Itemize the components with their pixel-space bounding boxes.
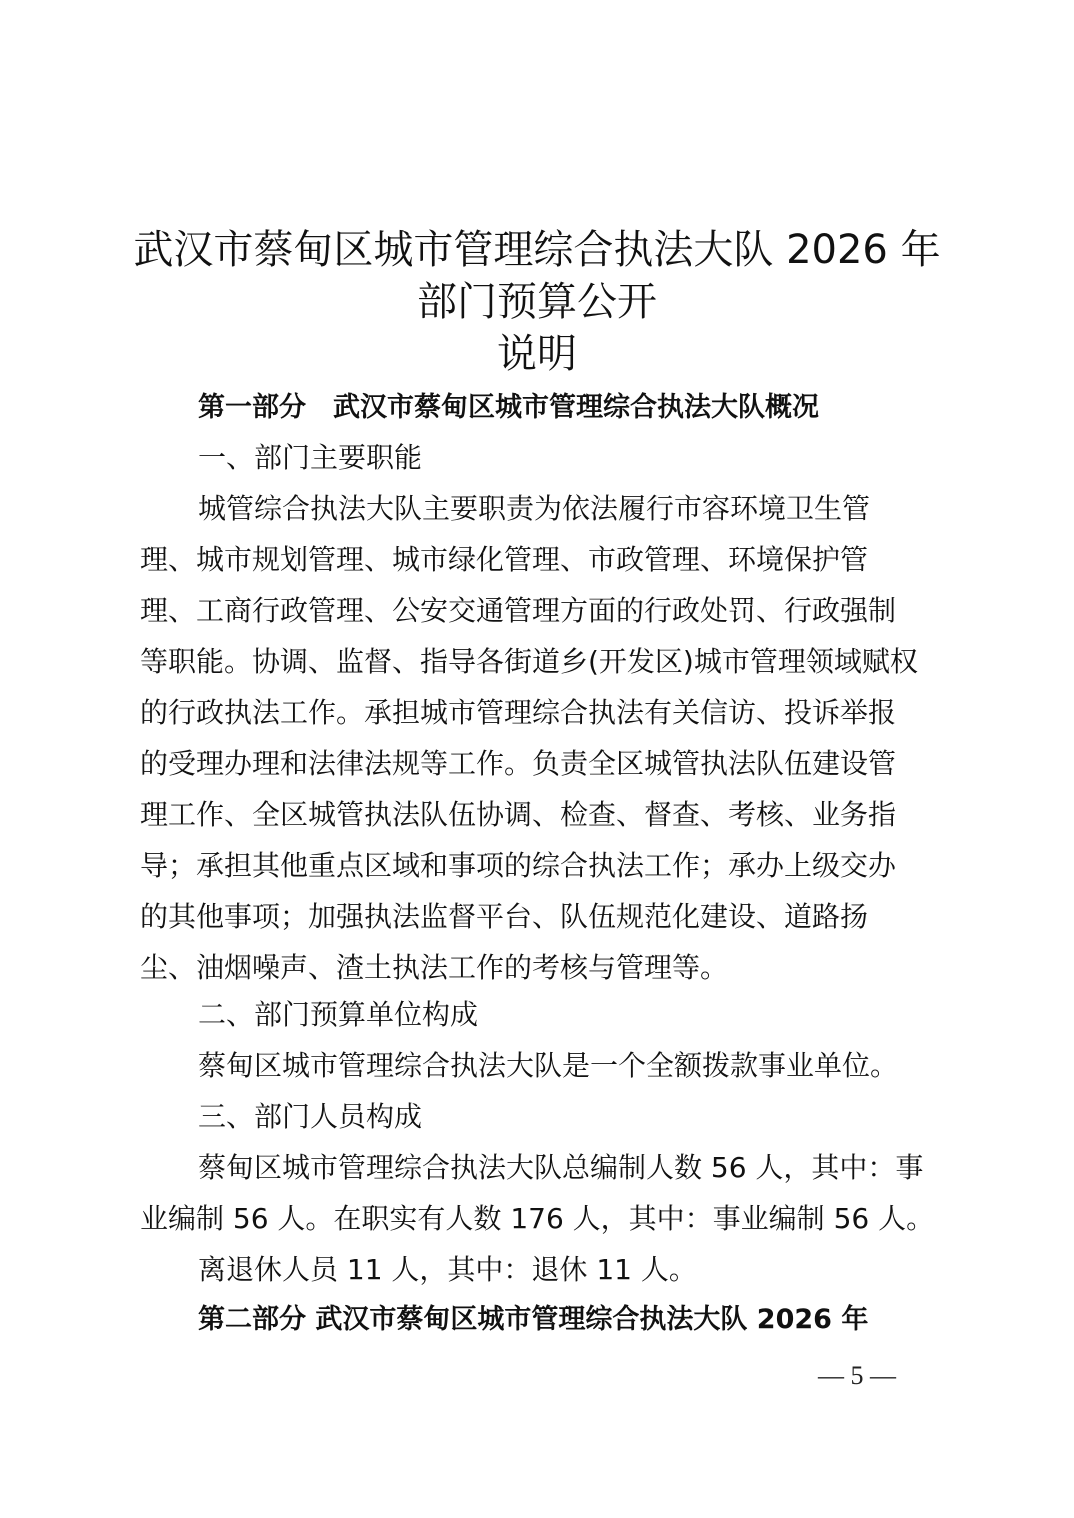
part-two-heading: 第二部分 武汉市蔡甸区城市管理综合执法大队 2026 年 [198, 1302, 868, 1338]
paragraph-line: 等职能。协调、监督、指导各街道乡(开发区)城市管理领域赋权 [140, 644, 918, 680]
paragraph-line: 尘、油烟噪声、渣土执法工作的考核与管理等。 [140, 950, 728, 986]
paragraph-line: 离退休人员 11 人，其中：退休 11 人。 [198, 1252, 697, 1288]
document-title-line-2: 部门预算公开 [0, 278, 1074, 326]
section-heading-budget-units: 二、部门预算单位构成 [198, 997, 478, 1033]
paragraph-line: 的受理办理和法律法规等工作。负责全区城管执法队伍建设管 [140, 746, 896, 782]
section-heading-staff: 三、部门人员构成 [198, 1099, 422, 1135]
section-heading-functions: 一、部门主要职能 [198, 440, 422, 476]
paragraph-line: 理工作、全区城管执法队伍协调、检查、督查、考核、业务指 [140, 797, 896, 833]
part-one-heading: 第一部分 武汉市蔡甸区城市管理综合执法大队概况 [198, 390, 819, 426]
paragraph-line: 城管综合执法大队主要职责为依法履行市容环境卫生管 [198, 491, 870, 527]
paragraph-line: 理、工商行政管理、公安交通管理方面的行政处罚、行政强制 [140, 593, 896, 629]
paragraph-line: 的其他事项；加强执法监督平台、队伍规范化建设、道路扬 [140, 899, 868, 935]
page-number: — 5 — [818, 1360, 896, 1392]
paragraph-line: 业编制 56 人。在职实有人数 176 人，其中：事业编制 56 人。 [140, 1201, 934, 1237]
paragraph-line: 理、城市规划管理、城市绿化管理、市政管理、环境保护管 [140, 542, 868, 578]
paragraph-line: 的行政执法工作。承担城市管理综合执法有关信访、投诉举报 [140, 695, 896, 731]
paragraph-line: 蔡甸区城市管理综合执法大队总编制人数 56 人，其中：事 [198, 1150, 923, 1186]
document-title-line-3: 说明 [0, 330, 1074, 378]
document-title-line-1: 武汉市蔡甸区城市管理综合执法大队 2026 年 [0, 226, 1074, 274]
paragraph-line: 导；承担其他重点区域和事项的综合执法工作；承办上级交办 [140, 848, 896, 884]
paragraph-line: 蔡甸区城市管理综合执法大队是一个全额拨款事业单位。 [198, 1048, 898, 1084]
document-page: 武汉市蔡甸区城市管理综合执法大队 2026 年 部门预算公开 说明 第一部分 武… [0, 0, 1074, 1518]
